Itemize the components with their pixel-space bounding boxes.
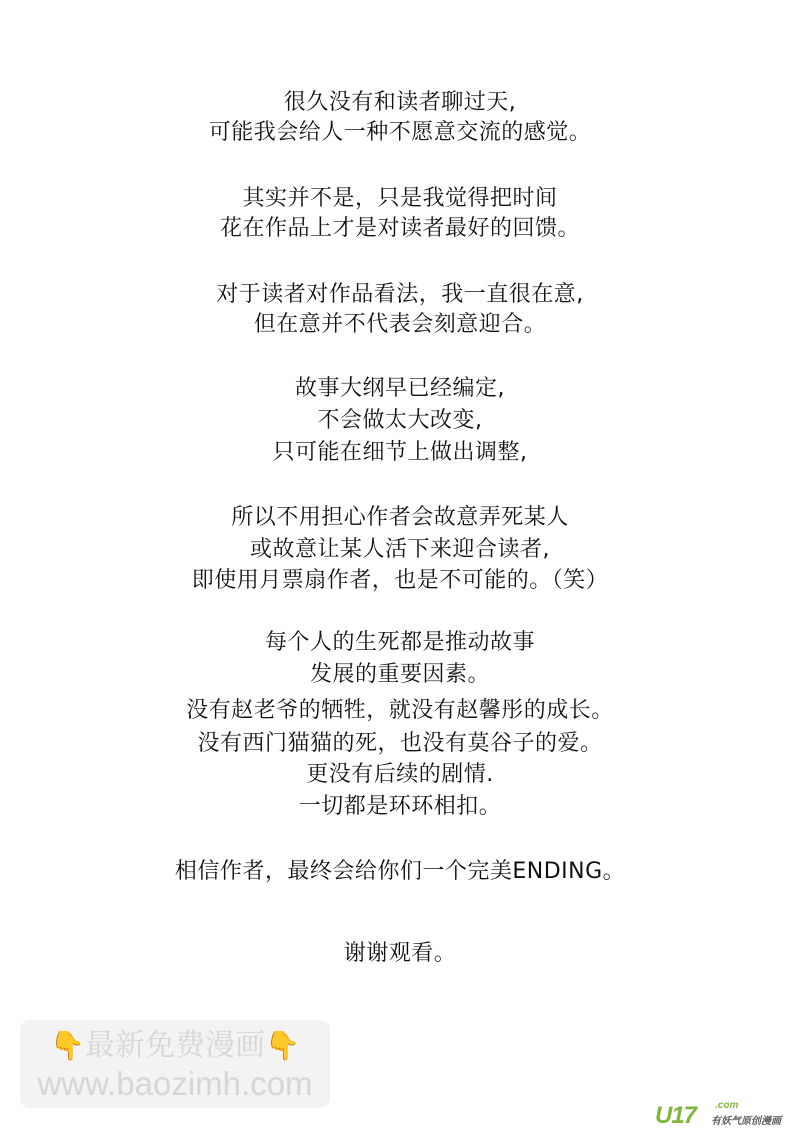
u17-logo-mark: U17 — [655, 1102, 696, 1130]
note-line: 一切都是环环相扣。 — [0, 792, 800, 822]
u17-logo-slogan: 有妖气原创漫画 — [711, 1112, 781, 1127]
note-line: 其实并不是，只是我觉得把时间 — [0, 184, 800, 214]
note-line: 没有赵老爷的牺牲，就没有赵馨彤的成长。 — [0, 696, 800, 726]
note-line: 很久没有和读者聊过天, — [0, 88, 800, 118]
note-line: 可能我会给人一种不愿意交流的感觉。 — [0, 118, 800, 148]
note-line: 只可能在细节上做出调整, — [0, 438, 800, 468]
pointing-down-hand-icon: 👇 — [265, 1029, 300, 1062]
note-line: 或故意让某人活下来迎合读者, — [0, 535, 800, 565]
note-line: 即使用月票扇作者，也是不可能的。（笑） — [0, 566, 800, 596]
watermark-title: 最新免费漫画 — [85, 1028, 265, 1063]
note-line: 每个人的生死都是推动故事 — [0, 628, 800, 658]
u17-logo: U17 .com 有妖气原创漫画 — [655, 1100, 795, 1126]
watermark-banner: 👇最新免费漫画👇 www.baozimh.com — [20, 1020, 330, 1108]
note-line: 更没有后续的剧情. — [0, 760, 800, 790]
note-line: 不会做太大改变, — [0, 406, 800, 436]
pointing-down-hand-icon: 👇 — [50, 1029, 85, 1062]
note-line: 对于读者对作品看法，我一直很在意, — [0, 280, 800, 310]
note-line: 所以不用担心作者会故意弄死某人 — [0, 503, 800, 533]
note-line: 但在意并不代表会刻意迎合。 — [0, 310, 800, 340]
u17-logo-domain: .com — [715, 1100, 738, 1111]
note-line: 发展的重要因素。 — [0, 660, 800, 690]
comic-page: 很久没有和读者聊过天, 可能我会给人一种不愿意交流的感觉。 其实并不是，只是我觉… — [0, 0, 800, 1130]
note-line: 花在作品上才是对读者最好的回馈。 — [0, 214, 800, 244]
watermark-title-row: 👇最新免费漫画👇 — [20, 1026, 330, 1066]
watermark-url: www.baozimh.com — [20, 1064, 330, 1104]
note-line: 没有西门猫猫的死，也没有莫谷子的爱。 — [0, 729, 800, 759]
note-line: 故事大纲早已经编定, — [0, 374, 800, 404]
note-line: 相信作者，最终会给你们一个完美ENDING。 — [0, 857, 800, 887]
note-line-thanks: 谢谢观看。 — [0, 939, 800, 969]
